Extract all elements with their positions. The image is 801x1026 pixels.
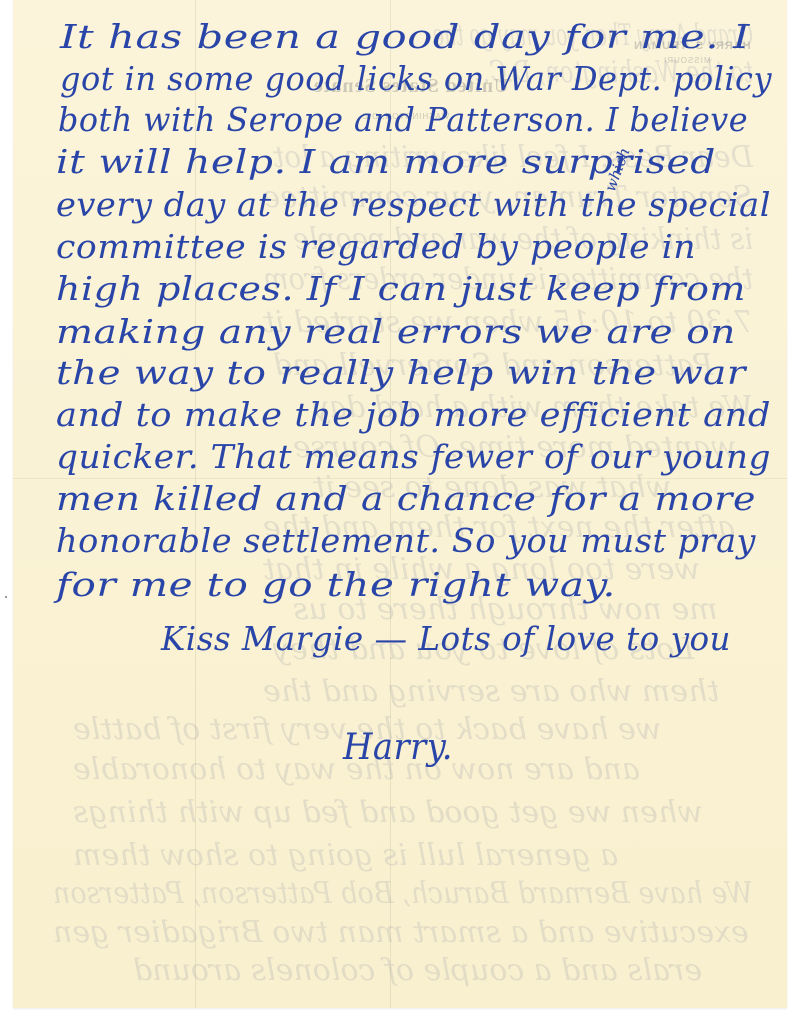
letter-line: and to make the job more efficient and bbox=[56, 398, 771, 431]
letter-line: both with Serope and Patterson. I believ… bbox=[58, 103, 748, 136]
letter-line: every day at the respect with the specia… bbox=[56, 188, 771, 221]
bleed-line: erals and a couple of colonels around bbox=[133, 953, 702, 988]
letter-line: high places. If I can just keep from bbox=[56, 272, 746, 305]
letter-line: the way to really help win the war bbox=[56, 356, 746, 389]
letter-line: committee is regarded by people in bbox=[56, 230, 696, 263]
letter-line: making any real errors we are on bbox=[56, 315, 736, 348]
letter-line: got in some good licks on War Dept. poli… bbox=[60, 62, 772, 95]
letter-line: honorable settlement. So you must pray bbox=[56, 524, 756, 557]
signature: Harry. bbox=[343, 730, 453, 766]
bleed-line: when we get good and fed up with things bbox=[73, 795, 703, 830]
letter-line: quicker. That means fewer of our young bbox=[56, 440, 771, 473]
letter-page: HARRY S. TRUMAN MISSOURI United States S… bbox=[13, 0, 787, 1008]
letter-line: men killed and a chance for a more bbox=[56, 482, 756, 515]
closing-line: Kiss Margie — Lots of love to you bbox=[161, 622, 731, 655]
bleed-line: a general lull is going to show them bbox=[73, 838, 618, 873]
letter-line: for me to go the right way. bbox=[56, 568, 616, 601]
bleed-line: executive and a smart man two Brigadier … bbox=[53, 915, 749, 950]
bleed-line: them who are serving and the bbox=[263, 674, 719, 709]
scan-speck bbox=[5, 596, 7, 598]
letter-line: It has been a good day for me. I bbox=[60, 20, 750, 53]
bleed-line: We have Bernard Baruch, Bob Patterson, P… bbox=[53, 876, 753, 911]
